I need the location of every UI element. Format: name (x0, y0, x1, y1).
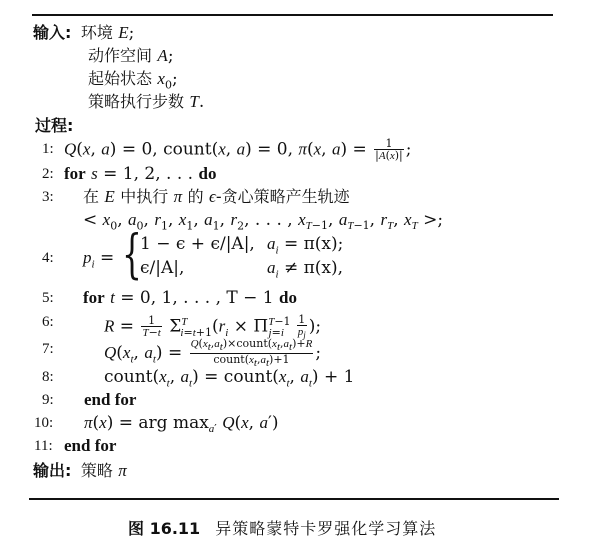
step-number: 9: (42, 392, 54, 409)
step-1: Q(x, a) = 0, count(x, a) = 0, π(x, a) = … (64, 138, 412, 162)
step-number: 3: (42, 189, 54, 206)
output-label: 输出: (33, 461, 71, 480)
step-9: end for (84, 389, 136, 411)
figure-caption: 图 16.11 异策略蒙特卡罗强化学习算法 (128, 516, 436, 539)
fraction: Q(xt,at)×count(xt,at)+Rcount(xt,at)+1 (190, 338, 314, 369)
step-2: for s = 1, 2, . . . do (64, 163, 216, 185)
input-label: 输入: (33, 23, 71, 42)
step-number: 10: (34, 415, 53, 432)
case-brace: { (122, 229, 142, 281)
step-4-lhs: pi = (83, 247, 114, 275)
process-label: 过程: (35, 115, 73, 137)
step-number: 4: (42, 250, 54, 267)
step-4-cond-2: ai ≠ π(x), (267, 257, 343, 285)
input-line-4: 策略执行步数 T. (88, 91, 204, 113)
output-line: 输出: 策略 π (33, 460, 127, 482)
bottom-rule (29, 498, 559, 500)
input-line-1: 输入: 环境 E; (33, 22, 134, 44)
step-number: 7: (42, 341, 54, 358)
step-5: for t = 0, 1, . . . , T − 1 do (83, 287, 297, 309)
step-4-case-2: ϵ/|A|, (140, 257, 184, 279)
top-rule (32, 14, 553, 16)
step-number: 2: (42, 166, 54, 183)
step-4-case-1: 1 − ϵ + ϵ/|A|, (140, 233, 255, 255)
step-number: 8: (42, 369, 54, 386)
step-number: 6: (42, 314, 54, 331)
step-11: end for (64, 435, 116, 457)
figure-title: 异策略蒙特卡罗强化学习算法 (215, 519, 436, 538)
fraction: 1|A(x)| (374, 138, 404, 162)
figure-label: 图 16.11 (128, 519, 200, 538)
step-number: 5: (42, 290, 54, 307)
step-3: 在 E 中执行 π 的 ϵ-贪心策略产生轨迹 (83, 186, 350, 208)
step-8: count(xt, at) = count(xt, at) + 1 (104, 366, 354, 394)
step-number: 11: (34, 438, 53, 455)
fraction: 1T−t (141, 315, 161, 339)
input-line-2: 动作空间 A; (88, 45, 174, 67)
step-number: 1: (42, 141, 54, 158)
